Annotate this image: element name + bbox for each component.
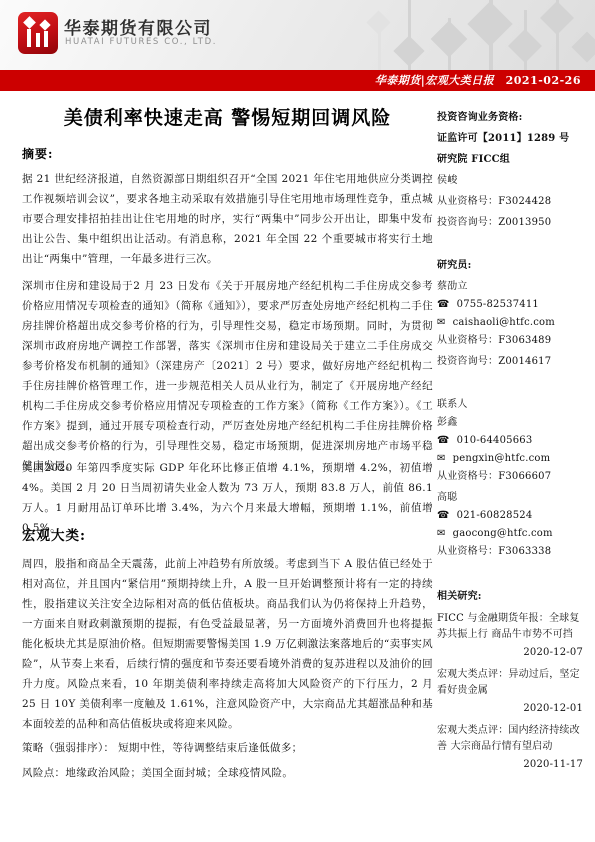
researcher-email-row: ✉caishaoli@htfc.com — [437, 315, 583, 330]
deco-diamond — [508, 29, 542, 63]
contact1-phone: 010-64405663 — [457, 435, 533, 446]
researcher-email: caishaoli@htfc.com — [453, 317, 555, 328]
company-name-cn: 华泰期货有限公司 — [64, 14, 212, 39]
strategy-line: 策略（强弱排序）： 短期中性，等待调整结束后逢低做多； — [22, 740, 433, 755]
banner-label: 华泰期货|宏观大类日报 — [375, 74, 495, 87]
contact1-email: pengxin@htfc.com — [453, 453, 551, 464]
contact2-name: 高聪 — [437, 490, 583, 505]
researcher-phone: 0755-82537411 — [457, 299, 539, 310]
related-research-item: 宏观大类点评：异动过后，坚定看好贵金属 2020-12-01 — [437, 667, 583, 716]
contact2-phone-row: ☎021-60828524 — [437, 508, 583, 523]
deco-diamond — [467, 1, 512, 46]
contact1-name: 彭鑫 — [437, 415, 583, 430]
deco-diamond — [431, 21, 468, 58]
risk-line: 风险点：地缘政治风险；美国全面封城；全球疫情风险。 — [22, 765, 433, 780]
related-research-item: 宏观大类点评：国内经济持续改善 大宗商品行情有望启动 2020-11-17 — [437, 723, 583, 772]
lead-advisory-no: 投资咨询号：Z0013950 — [437, 215, 583, 230]
report-banner: 华泰期货|宏观大类日报 2021-02-26 — [0, 70, 595, 91]
researcher-phone-row: ☎0755-82537411 — [437, 297, 583, 312]
banner-date: 2021-02-26 — [506, 74, 581, 87]
contact2-practice-no: 从业资格号：F3063338 — [437, 544, 583, 559]
logo-diamond — [23, 16, 36, 29]
related-item-title: 宏观大类点评：异动过后，坚定看好贵金属 — [437, 667, 583, 699]
deco-stem — [378, 30, 381, 70]
report-title: 美债利率快速走高 警惕短期回调风险 — [22, 103, 433, 130]
lead-practice-no: 从业资格号：F3024428 — [437, 194, 583, 209]
deco-diamond — [366, 10, 390, 34]
related-item-title: 宏观大类点评：国内经济持续改善 大宗商品行情有望启动 — [437, 723, 583, 755]
contact-label: 联系人 — [437, 397, 583, 412]
license-number: 证监许可【2011】1289 号 — [437, 131, 583, 146]
email-icon: ✉ — [437, 528, 446, 539]
qualification-label: 投资咨询业务资格: — [437, 110, 583, 125]
info-sidebar: 投资咨询业务资格: 证监许可【2011】1289 号 研究院 FICC组 侯峻 … — [437, 110, 583, 772]
related-item-date: 2020-11-17 — [437, 758, 583, 772]
company-name-en: HUATAI FUTURES CO., LTD. — [65, 37, 217, 47]
contact1-email-row: ✉pengxin@htfc.com — [437, 451, 583, 466]
contact1-phone-row: ☎010-64405663 — [437, 433, 583, 448]
deco-diamond — [540, 1, 574, 35]
logo-bar — [36, 33, 40, 47]
related-item-title: FICC 与金融期货年报：全球复苏共振上行 商品牛市势不可挡 — [437, 611, 583, 643]
phone-icon: ☎ — [437, 299, 450, 310]
researcher-advisory-no: 投资咨询号：Z0014617 — [437, 354, 583, 369]
contact2-email: gaocong@htfc.com — [453, 528, 553, 539]
related-research-item: FICC 与金融期货年报：全球复苏共振上行 商品牛市势不可挡 2020-12-0… — [437, 611, 583, 660]
email-icon: ✉ — [437, 453, 446, 464]
report-page: 华泰期货有限公司 HUATAI FUTURES CO., LTD. 华泰期货|宏… — [0, 0, 595, 842]
institute-group: 研究院 FICC组 — [437, 152, 583, 167]
logo-bar — [44, 31, 48, 47]
related-item-date: 2020-12-01 — [437, 702, 583, 716]
phone-icon: ☎ — [437, 510, 450, 521]
related-item-date: 2020-12-07 — [437, 646, 583, 660]
contact1-practice-no: 从业资格号：F3066607 — [437, 469, 583, 484]
deco-diamond — [393, 35, 424, 66]
macro-paragraph: 周四，股指和商品全天震荡，此前上冲趋势有所放缓。考虑到当下 A 股估值已经处于相… — [22, 554, 433, 734]
logo-diamond — [39, 19, 50, 30]
summary-paragraph: 深圳市住房和建设局于2 月 23 日发布《关于开展房地产经纪机构二手住房成交参考… — [22, 276, 433, 476]
huatai-logo-icon — [18, 12, 58, 54]
logo-bar — [27, 29, 31, 47]
phone-icon: ☎ — [437, 435, 450, 446]
researcher-label: 研究员: — [437, 258, 583, 273]
contact2-email-row: ✉gaocong@htfc.com — [437, 526, 583, 541]
email-icon: ✉ — [437, 317, 446, 328]
related-research-label: 相关研究: — [437, 589, 583, 604]
deco-diamond — [571, 31, 595, 62]
researcher-name: 蔡劭立 — [437, 279, 583, 294]
page-header: 华泰期货有限公司 HUATAI FUTURES CO., LTD. — [0, 0, 595, 70]
lead-analyst-name: 侯峻 — [437, 173, 583, 188]
contact2-phone: 021-60828524 — [457, 510, 533, 521]
macro-heading: 宏观大类: — [22, 524, 86, 544]
researcher-practice-no: 从业资格号：F3063489 — [437, 333, 583, 348]
summary-heading: 摘要: — [22, 145, 53, 162]
summary-paragraph: 据 21 世纪经济报道，自然资源部日期组织召开“全国 2021 年住宅用地供应分… — [22, 169, 433, 269]
